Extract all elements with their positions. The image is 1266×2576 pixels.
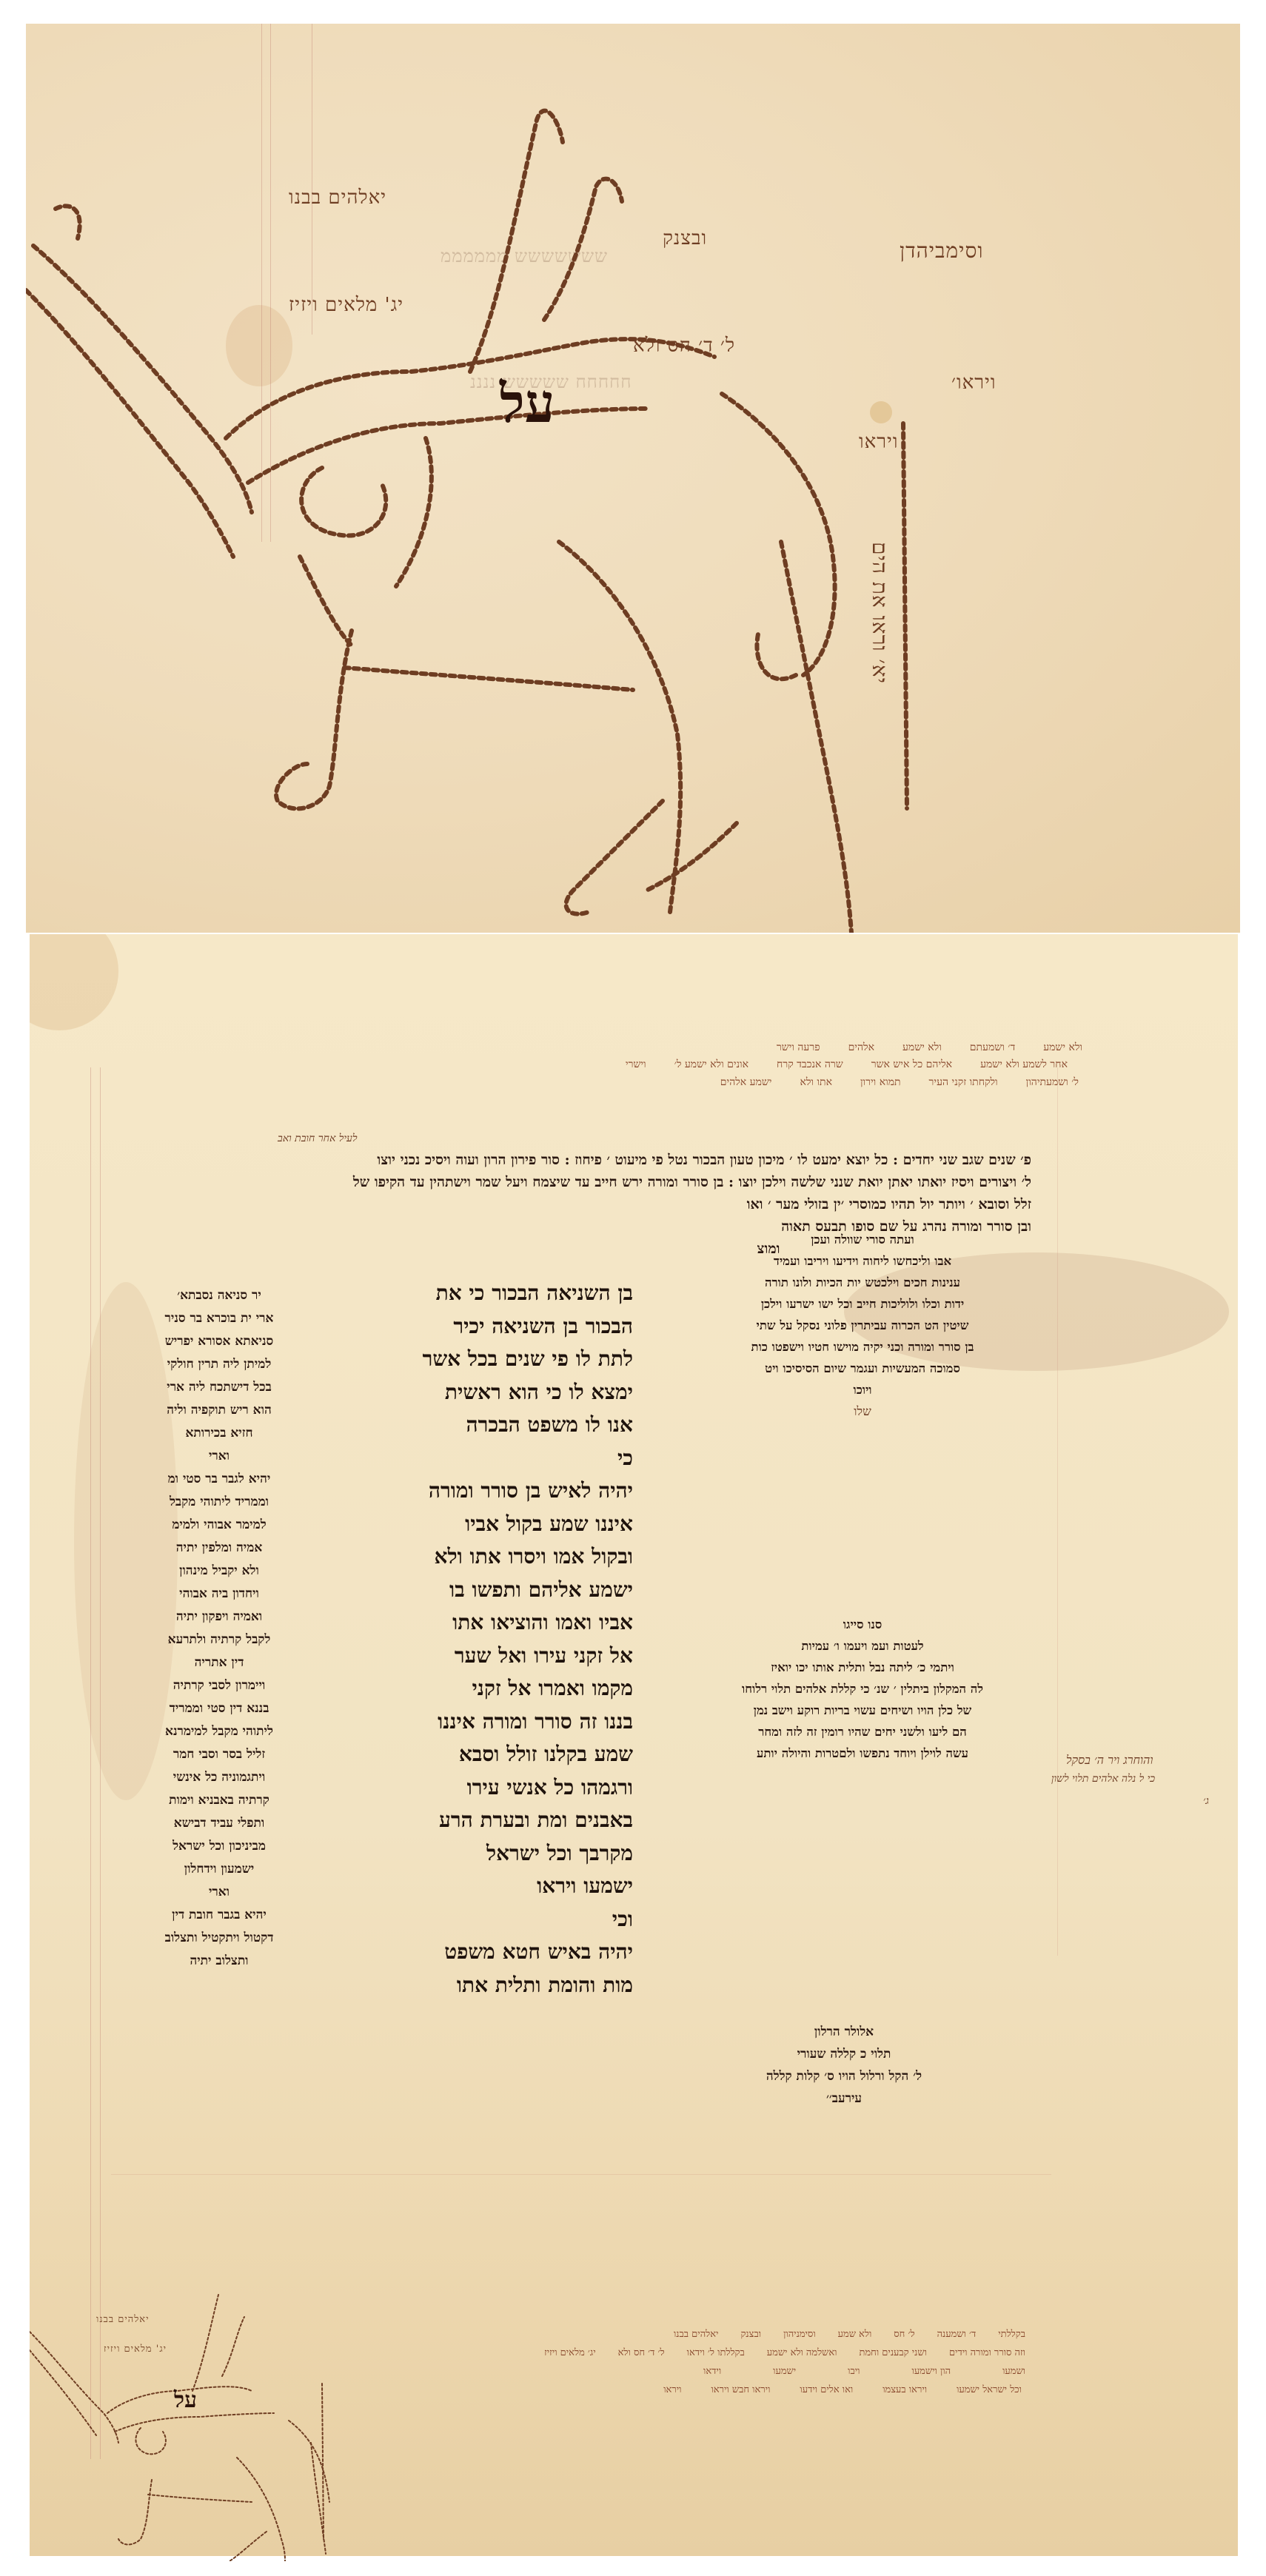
verse-line: באבנים ומת ובערת הרע <box>329 1804 633 1837</box>
targum-line: הוא ריש תוקפיה וליה <box>122 1399 316 1422</box>
masora-note: ויבו <box>848 2365 860 2377</box>
masora-note: אחר לשמע ולא ישמע <box>980 1059 1068 1071</box>
targum-line: בננא דין סטי וממריד <box>122 1697 316 1720</box>
margin-note: והוחרג ויר ה׳ בסקל <box>1066 1753 1153 1768</box>
targum-line: ותצלוב יתיה <box>122 1950 316 1973</box>
masora-note: ויראו <box>663 2384 681 2395</box>
masora-note: וכל ישראל ישמעו <box>957 2384 1022 2395</box>
masora-note: ושני קבענים וחמת <box>860 2347 927 2358</box>
commentary-line: שלו <box>670 1401 1055 1422</box>
masora-bottom-line-4: וכל ישראל ישמעו ויראו בעצמו ואו אלים ויד… <box>663 2384 1022 2395</box>
targum-line: זליל בסר וסבי חמר <box>122 1743 316 1766</box>
ruling-line <box>1057 1067 1058 1956</box>
targum-line: ויתגמוניה כל אינשי <box>122 1766 316 1789</box>
masora-note: אונים ולא ישמע ל׳ <box>674 1059 748 1071</box>
masora-note: פרעה וישר <box>777 1042 820 1054</box>
verse-line: ישמעו ויראו <box>329 1870 633 1903</box>
commentary-line: ידות וכלו ולוליכות חייב וכל ישו ישרעו וי… <box>670 1293 1055 1315</box>
verse-line: אביו ואמו והוציאו אתו <box>329 1606 633 1640</box>
verse-line: ישמע אליהם ותפשו בו <box>329 1574 633 1607</box>
commentary-line: סנו סייגו <box>670 1614 1055 1635</box>
central-word: על <box>500 372 555 435</box>
masora-note: ל׳ ושמעתיהון <box>1026 1076 1079 1089</box>
targum-line: חזיא בכירותא <box>122 1422 316 1445</box>
masora-note: ובצנק <box>740 2328 761 2340</box>
targum-line: וארי <box>122 1881 316 1904</box>
micro-text: יג' מלאים ויזיז <box>104 2343 167 2355</box>
masora-note: יאלהים בבנו <box>674 2328 719 2340</box>
masora-note: וידאו <box>703 2365 721 2377</box>
verse-line: ובקול אמו ויסרו אתו ולא <box>329 1540 633 1574</box>
ruling-line <box>111 2174 1051 2175</box>
right-commentary-bottom: סנו סייגו לעטות ועמ ויעמו ו׳ עמיות ויתמי… <box>670 1614 1055 1764</box>
targum-line: סניאתא אסורא יפריש <box>122 1330 316 1353</box>
commentary-line: ל׳ ויצורים ויסיז יואתו יאתן יואת שנני של… <box>121 1171 1031 1193</box>
targum-line: אמיה ומלפין יתיה <box>122 1537 316 1560</box>
masora-note: שרה אנכבד קרח <box>777 1059 843 1071</box>
commentary-line: ויוכו <box>670 1379 1055 1401</box>
micro-text: ובצנק <box>663 227 707 249</box>
targum-line: יר סניאה נסבתא׳ <box>122 1284 316 1307</box>
ruling-line <box>100 1067 101 2459</box>
masora-note: ואו אלים וידעו <box>800 2384 853 2395</box>
targum-line: למיתן ליה תרין חולקי <box>122 1353 316 1376</box>
masora-note: וזה סורר ומורה וידים <box>949 2347 1025 2358</box>
commentary-line: לה המקלון ביתלין ׳ שנ׳ כי קללת אלהים תלו… <box>670 1678 1055 1700</box>
targum-line: בכל דישתכח ליה ארי <box>122 1376 316 1399</box>
micro-text: יאלהים בבנו <box>289 187 386 209</box>
vertical-micro-text: יא׳ וראו את הים <box>867 542 892 684</box>
masora-note: הון וישמעו <box>912 2365 951 2377</box>
commentary-line: פ׳ שנים שגב שני יחדים : כל יוצא ימעט לו … <box>121 1149 1031 1171</box>
commentary-line: שיטין הט הכרוה עביתרין פלוני נסקל על שתי <box>670 1315 1055 1336</box>
commentary-line: ועתה סורי שוולה ועכן <box>670 1229 1055 1250</box>
commentary-line: עשה לוילן ויוחד נתפשו ולםטרות והיולה יות… <box>670 1743 1055 1764</box>
targum-line: יהיא בגבר חובת דין <box>122 1904 316 1927</box>
masora-top-line-3: ל׳ ושמעתיהון ולקחתו זקני העיר תמוא וירון… <box>720 1076 1079 1089</box>
verse-line: בננו זה סורר ומורה איננו <box>329 1705 633 1739</box>
micro-text: וסימביהדן <box>900 238 984 264</box>
masora-note: ד׳ ושמענה <box>937 2328 977 2340</box>
micrography-detail-panel: ששששששש ממממממ חחחחח ששששש ננננ <box>26 24 1240 933</box>
commentary-line: הם ליעו ולשני יחים שהיו רומין זה לזה ומח… <box>670 1721 1055 1743</box>
masora-top-line-1: ולא ישמע ד׳ ושמעתם ולא ישמע אלהים פרעה ו… <box>777 1042 1082 1054</box>
verse-line: מקרבך וכל ישראל <box>329 1837 633 1871</box>
colophon-line: עירעב׳׳ <box>711 2087 977 2110</box>
masora-top-line-2: אחר לשמע ולא ישמע אליהם כל איש אשר שרה א… <box>626 1059 1068 1071</box>
masora-note: ל׳ חס <box>894 2328 914 2340</box>
micro-text: ויראו <box>859 431 899 453</box>
masora-note: תמוא וירון <box>860 1076 901 1089</box>
commentary-line: לעטות ועמ ויעמו ו׳ עמיות <box>670 1635 1055 1657</box>
targum-line: ואמיה ויפקון יתיה <box>122 1606 316 1629</box>
micro-text: יג' מלאים ויזיז <box>289 294 403 316</box>
verse-line: שמע בקלנו זולל וסבא <box>329 1738 633 1771</box>
commentary-line: ענינות חכים וילכטש יות הכיות ולונו תורה <box>670 1272 1055 1293</box>
targum-line: מביניכון וכל ישראל <box>122 1835 316 1858</box>
masora-note: בקללתו ל׳ וידאו <box>687 2347 745 2358</box>
masora-note: יג׳ מלאים ויזיז <box>544 2347 595 2358</box>
targum-line: דין אתריה <box>122 1651 316 1674</box>
masora-note: אליהם כל איש אשר <box>871 1059 952 1071</box>
masora-note: ויראו בעצמו <box>882 2384 927 2395</box>
verse-line: יהיה לאיש בן סורר ומורה <box>329 1475 633 1508</box>
targum-line: ולא יקביל מינהון <box>122 1560 316 1583</box>
masora-note: ושמעו <box>1002 2365 1025 2377</box>
masora-bottom-line-3: ושמעו הון וישמעו ויבו ישמעו וידאו <box>703 2365 1025 2377</box>
masora-note: וסימניהון <box>783 2328 816 2340</box>
margin-note: ג׳ <box>1203 1795 1209 1808</box>
heading-note: לעיל אחר חובת ואב <box>278 1133 358 1145</box>
main-text-column: בן השניאה הבכור כי את הבכור בן השניאה יכ… <box>329 1277 633 2002</box>
masora-note: ולא ישמע <box>1043 1042 1082 1054</box>
verse-line: יהיה באיש חטא משפט <box>329 1936 633 1969</box>
targum-line: ישמעון וידחלון <box>122 1858 316 1881</box>
masora-note: ישמעו <box>773 2365 796 2377</box>
masora-note: אתו ולא <box>800 1076 832 1089</box>
commentary-line: בן סורר ומורה וכני יקיה מוישו חטיו וישפט… <box>670 1336 1055 1358</box>
verse-line: ימצא לו כי הוא ראשית <box>329 1376 633 1409</box>
targum-line: ויימרון לסבי קרתיה <box>122 1674 316 1697</box>
masora-note: ישמע אלהים <box>720 1076 772 1089</box>
verse-line: מות והומת ותלית אתו <box>329 1969 633 2002</box>
masora-note: ויראו חבש ויראו <box>711 2384 770 2395</box>
targum-line: וממריד ליתוהי מקבל <box>122 1491 316 1514</box>
masora-note: ד׳ ושמעתם <box>970 1042 1015 1054</box>
targum-line: ליתוהי מקבל למימרנא <box>122 1720 316 1743</box>
masora-note: ולקחתו זקני העיר <box>929 1076 998 1089</box>
small-micrography-figure <box>30 2287 341 2561</box>
masora-bottom-line-1: בקללתי ד׳ ושמענה ל׳ חס ולא שמע וסימניהון… <box>674 2328 1025 2340</box>
masora-note: וישרי <box>626 1059 646 1071</box>
verse-line: איננו שמע בקול אביו <box>329 1508 633 1541</box>
targum-line: דקטול ויתקטיל ותצלוב <box>122 1927 316 1950</box>
verse-line: מקמו ואמרו אל זקני <box>329 1672 633 1705</box>
small-figure-central-word: על <box>174 2387 197 2413</box>
commentary-line: זלל וסובא ׳ ויותר יול תהיו כמוסרי ׳ין בז… <box>121 1193 1031 1215</box>
ruling-line <box>90 1067 91 2459</box>
verse-line: ורגמהו כל אנשי עירו <box>329 1771 633 1805</box>
targum-line: ויחדון ביה אבוהי <box>122 1583 316 1606</box>
targum-line: ארי ית בוכרא בר סניר <box>122 1307 316 1330</box>
verse-line: וכי <box>329 1903 633 1936</box>
masora-note: ל׳ ד׳ חס ולא <box>618 2347 665 2358</box>
verse-line: אנו לו משפט הבכרה <box>329 1409 633 1442</box>
targum-line: קרתיה באבניא וימות <box>122 1789 316 1812</box>
verse-line: לתת לו פי שנים בכל אשר <box>329 1343 633 1376</box>
commentary-line: סמוכה המעשיות ועגמר שיום הסיסיכו ויט <box>670 1358 1055 1379</box>
masora-note: ואשלמה ולא ישמע <box>767 2347 837 2358</box>
micro-text: יאלהים בבנו <box>96 2313 150 2325</box>
colophon-line: ל׳ הקל ורלול הויו ס׳ קלות קללה <box>711 2065 977 2087</box>
colophon-line: אלולר הרלון <box>711 2021 977 2043</box>
masora-note: ולא שמע <box>838 2328 872 2340</box>
targum-line: למימר אבוהי ולמימ <box>122 1514 316 1537</box>
verse-line: בן השניאה הבכור כי את <box>329 1277 633 1310</box>
commentary-line: אבו וליכחשו ליחוה וידיעו ויריבו ועמיד <box>670 1250 1055 1272</box>
masora-note: בקללתי <box>998 2328 1025 2340</box>
targum-line: לקבל קרתיה ולתרעא <box>122 1629 316 1651</box>
targum-line: וארי <box>122 1445 316 1468</box>
micro-text: ל׳ ד׳ חס ולא <box>633 335 735 357</box>
commentary-line: ויתמי כ׳ ליתה נבל ותלית אותו יכו יואיז <box>670 1657 1055 1678</box>
masora-bottom-line-2: וזה סורר ומורה וידים ושני קבענים וחמת וא… <box>544 2347 1025 2358</box>
masora-note: ולא ישמע <box>902 1042 942 1054</box>
masora-note: אלהים <box>848 1042 874 1054</box>
verse-line: אל זקני עירו ואל שער <box>329 1640 633 1673</box>
colophon-line: תלוי כ קללה שעורי <box>711 2043 977 2065</box>
targum-column: יר סניאה נסבתא׳ ארי ית בוכרא בר סניר סני… <box>122 1284 316 1973</box>
colophon-block: אלולר הרלון תלוי כ קללה שעורי ל׳ הקל ורל… <box>711 2021 977 2110</box>
parchment-stain <box>30 934 118 1030</box>
targum-line: ותפלי עביד דבישא <box>122 1812 316 1835</box>
margin-note: כי ל נלה אלהים תלוי לשון <box>1051 1773 1155 1785</box>
right-commentary-top: ועתה סורי שוולה ועכן אבו וליכחשו ליחוה ו… <box>670 1229 1055 1422</box>
micrography-figure <box>26 24 1240 933</box>
targum-line: יהיא לגבר בר סטי ומ <box>122 1468 316 1491</box>
verse-line: הבכור בן השניאה יכיר <box>329 1310 633 1344</box>
commentary-line: של כלן הויו ושיחים עשוי בריות רוקע וישב … <box>670 1700 1055 1721</box>
micro-text: ויראו׳ <box>951 372 997 394</box>
verse-line: כי <box>329 1442 633 1475</box>
